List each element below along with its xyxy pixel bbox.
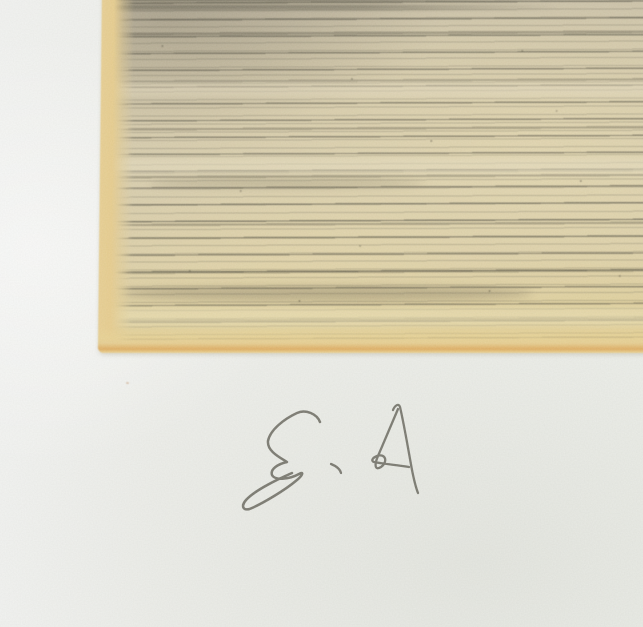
ink-smudge [121,286,533,301]
plate-left-gold-edge [98,0,134,353]
ink-smudge [150,178,423,188]
plate-bottom-gold-edge [98,327,643,353]
paper-speck [126,382,129,384]
dark-top-band [102,0,581,16]
light-wash-band [98,308,643,326]
light-wash-band [101,82,643,97]
etching-plate-area [98,0,643,353]
light-wash-band [100,158,643,173]
etching-photo: E.A [0,0,643,627]
